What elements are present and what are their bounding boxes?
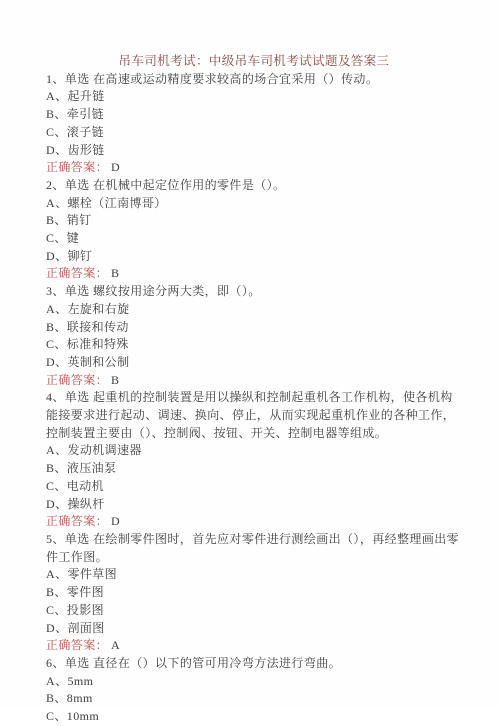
answer-line: 正确答案：B [46,265,462,283]
option-line: C、键 [46,230,462,248]
answer-line: 正确答案：B [46,372,462,390]
question-3: 3、单选 螺纹按用途分两大类，即（）。 A、左旋和右旋 B、联接和传动 C、标准… [46,283,462,389]
question-number: 1、单选 [46,72,90,86]
answer-value: D [111,514,120,528]
question-1: 1、单选 在高速或运动精度要求较高的场合宜采用（）传动。 A、起升链 B、牵引链… [46,71,462,177]
option-line: D、铆钉 [46,248,462,266]
answer-value: D [111,160,120,174]
answer-label: 正确答案： [46,373,108,387]
question-number: 4、单选 [46,390,90,404]
question-number: 2、单选 [46,178,90,192]
question-text: 4、单选 起重机的控制装置是用以操纵和控制起重机各工作机构，使各机构能接要求进行… [46,389,462,442]
question-text: 3、单选 螺纹按用途分两大类，即（）。 [46,283,462,301]
option-line: A、螺栓（江南博哥） [46,195,462,213]
option-line: B、液压油泵 [46,460,462,478]
option-line: A、发动机调速器 [46,442,462,460]
question-body: 起重机的控制装置是用以操纵和控制起重机各工作机构，使各机构能接要求进行起动、调速… [46,390,455,439]
option-line: B、联接和传动 [46,319,462,337]
option-line: A、零件草图 [46,566,462,584]
answer-label: 正确答案： [46,638,108,652]
option-line: A、5mm [46,673,462,691]
answer-value: A [111,638,120,652]
question-body: 在高速或运动精度要求较高的场合宜采用（）传动。 [93,72,378,86]
option-line: B、牵引链 [46,106,462,124]
option-line: D、剖面图 [46,620,462,638]
document-title: 吊车司机考试：中级吊车司机考试试题及答案三 [46,53,462,71]
option-line: C、电动机 [46,478,462,496]
question-number: 3、单选 [46,284,90,298]
question-number: 5、单选 [46,532,90,546]
question-2: 2、单选 在机械中起定位作用的零件是（）。 A、螺栓（江南博哥） B、销钉 C、… [46,177,462,283]
option-line: C、投影图 [46,602,462,620]
answer-label: 正确答案： [46,160,108,174]
option-line: C、滚子链 [46,124,462,142]
option-line: B、8mm [46,690,462,708]
answer-value: B [111,373,119,387]
answer-label: 正确答案： [46,514,108,528]
question-5: 5、单选 在绘制零件图时，首先应对零件进行测绘画出（），再经整理画出零件工作图。… [46,531,462,655]
option-line: B、销钉 [46,212,462,230]
option-line: C、标准和特殊 [46,336,462,354]
option-line: B、零件图 [46,584,462,602]
answer-label: 正确答案： [46,266,108,280]
answer-value: B [111,266,119,280]
question-body: 在机械中起定位作用的零件是（）。 [93,178,285,192]
answer-line: 正确答案：D [46,159,462,177]
question-body: 在绘制零件图时，首先应对零件进行测绘画出（），再经整理画出零件工作图。 [46,532,459,564]
question-text: 5、单选 在绘制零件图时，首先应对零件进行测绘画出（），再经整理画出零件工作图。 [46,531,462,566]
option-line: D、齿形链 [46,142,462,160]
option-line: A、左旋和右旋 [46,301,462,319]
answer-line: 正确答案：D [46,513,462,531]
option-line: D、英制和公制 [46,354,462,372]
question-6: 6、单选 直径在（）以下的管可用冷弯方法进行弯曲。 A、5mm B、8mm C、… [46,655,462,726]
option-line: C、10mm [46,708,462,726]
option-line: A、起升链 [46,88,462,106]
question-text: 1、单选 在高速或运动精度要求较高的场合宜采用（）传动。 [46,71,462,89]
question-number: 6、单选 [46,656,90,670]
question-body: 直径在（）以下的管可用冷弯方法进行弯曲。 [93,656,341,670]
question-text: 2、单选 在机械中起定位作用的零件是（）。 [46,177,462,195]
question-text: 6、单选 直径在（）以下的管可用冷弯方法进行弯曲。 [46,655,462,673]
question-4: 4、单选 起重机的控制装置是用以操纵和控制起重机各工作机构，使各机构能接要求进行… [46,389,462,531]
question-body: 螺纹按用途分两大类，即（）。 [93,284,261,298]
option-line: D、操纵杆 [46,496,462,514]
answer-line: 正确答案：A [46,637,462,655]
document-page: 吊车司机考试：中级吊车司机考试试题及答案三 1、单选 在高速或运动精度要求较高的… [0,0,500,707]
